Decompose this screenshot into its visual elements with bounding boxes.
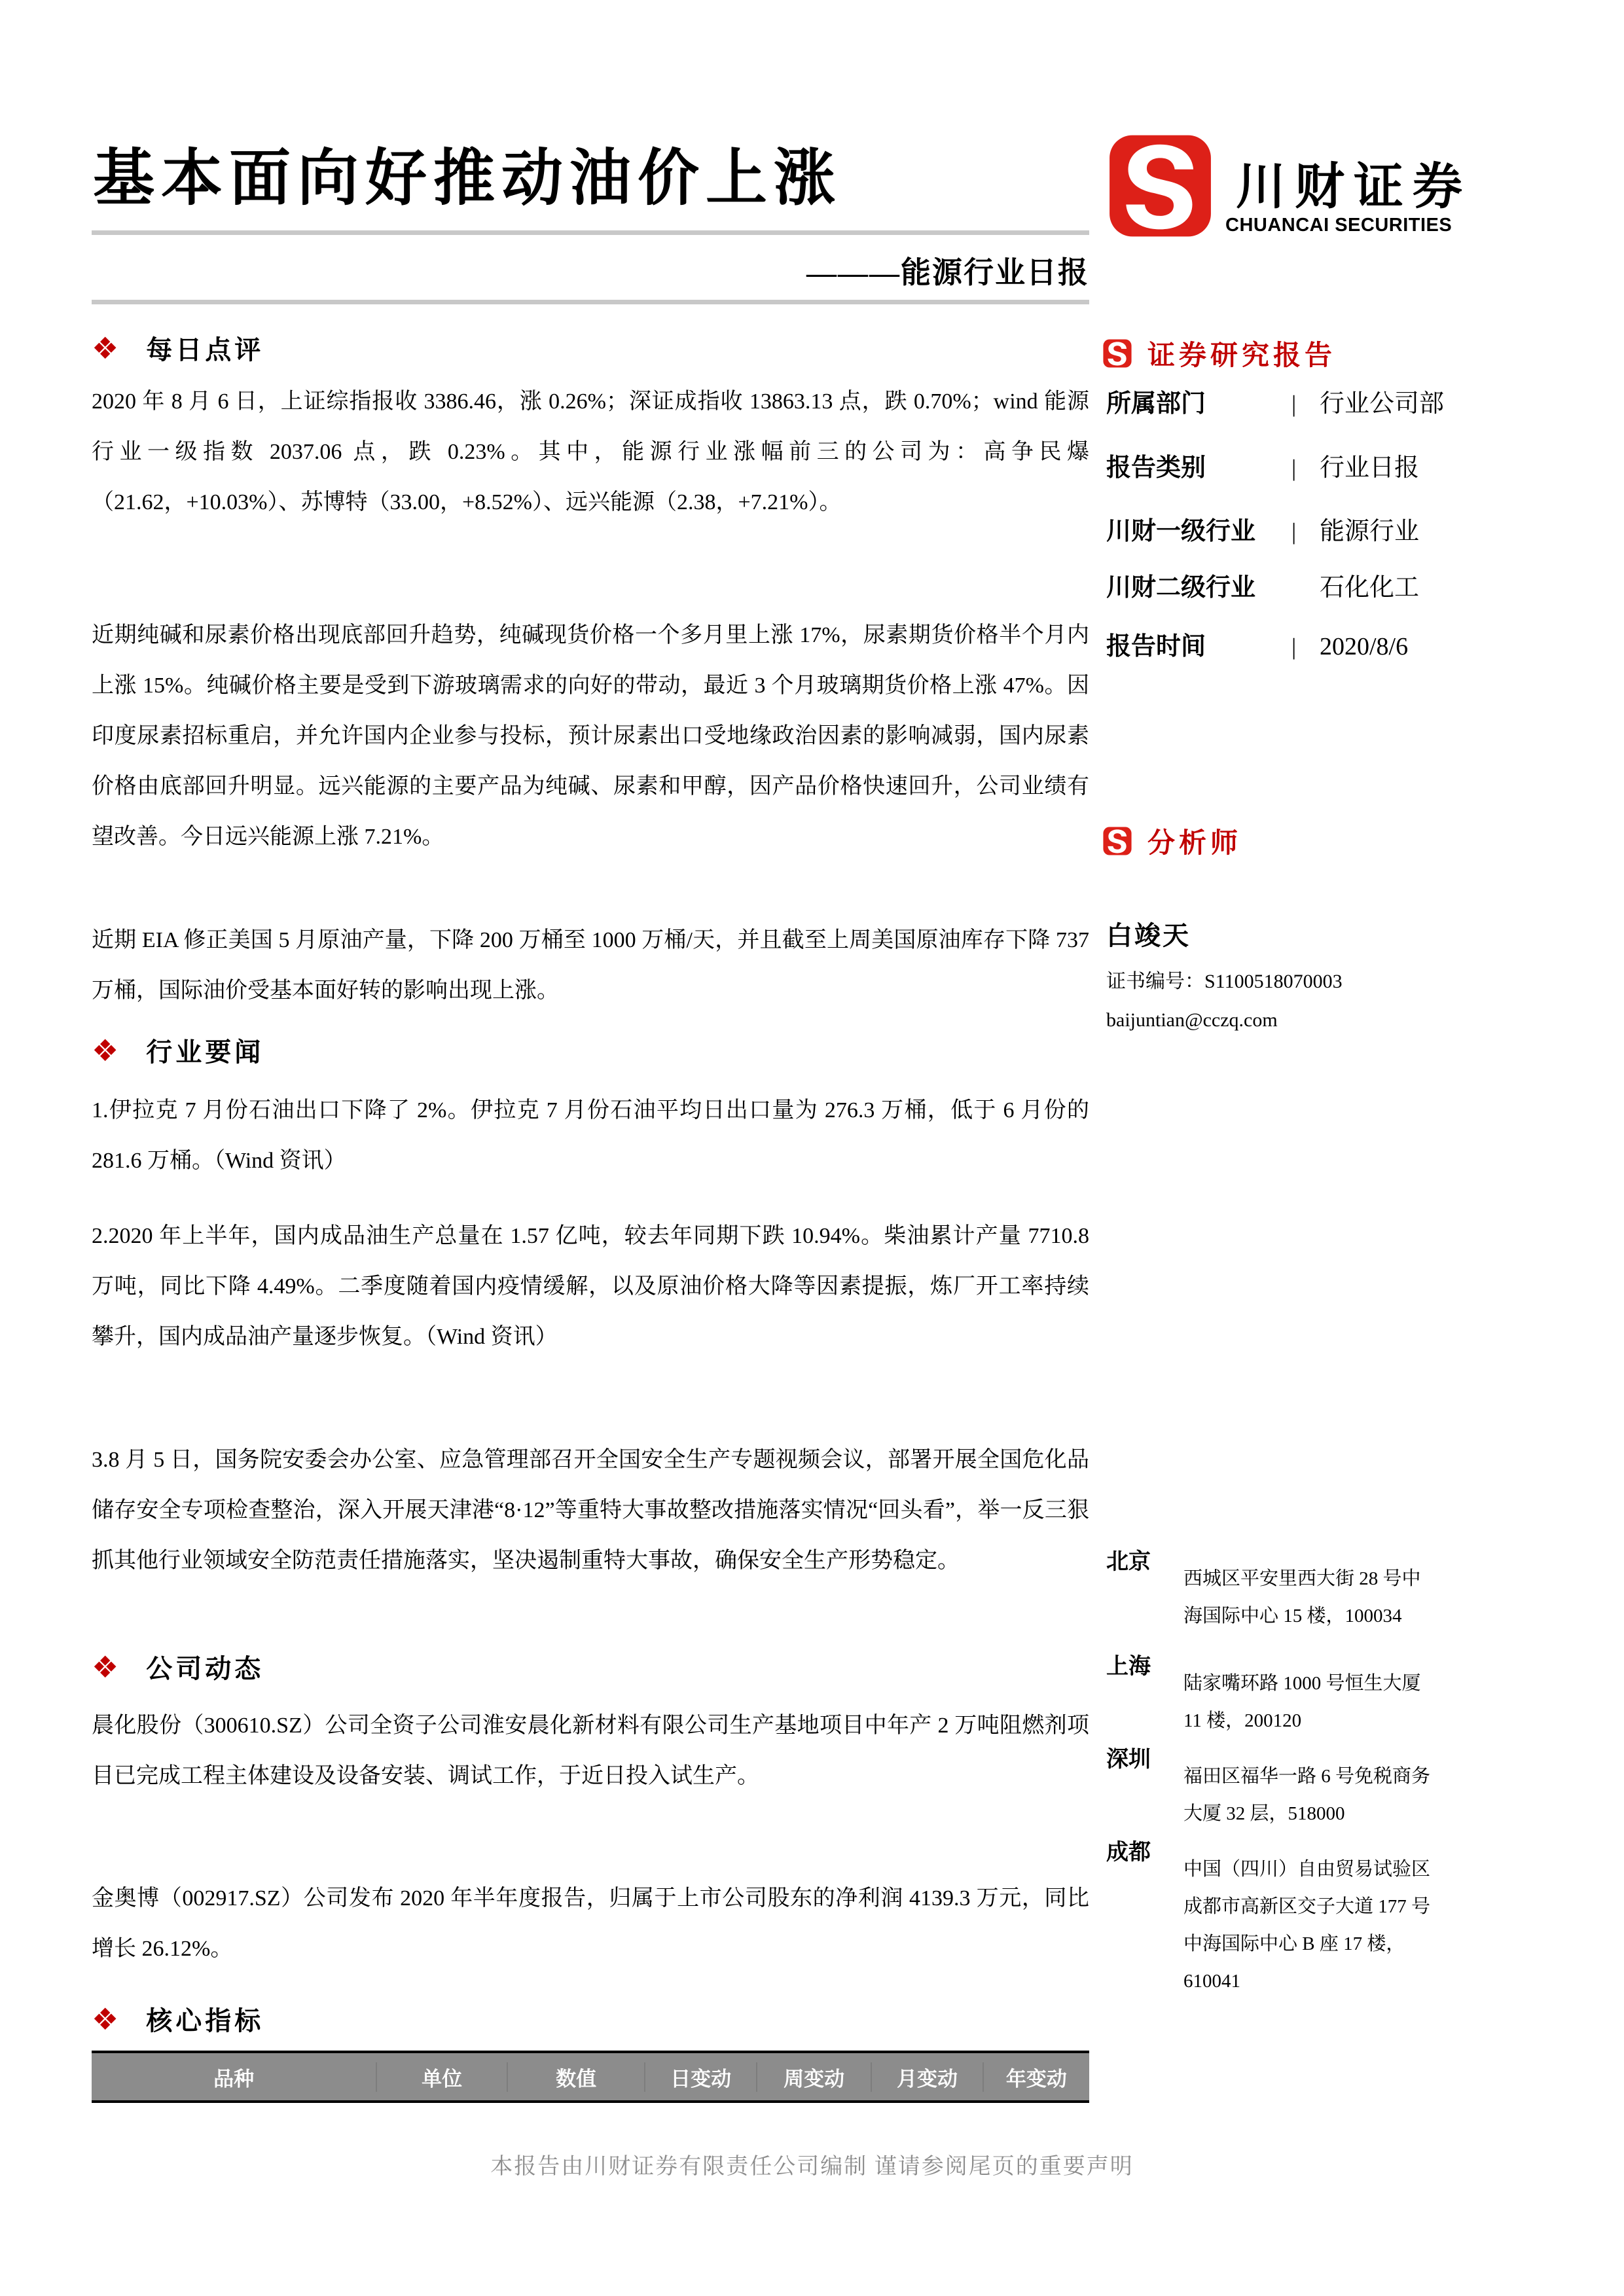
column-header-month-change: 月变动: [871, 2062, 983, 2092]
office-address: 陆家嘴环路 1000 号恒生大厦 11 楼，200120: [1183, 1665, 1517, 1740]
column-header-unit: 单位: [376, 2062, 507, 2092]
paragraph: 1.伊拉克 7 月份石油出口下降了 2%。伊拉克 7 月份石油平均日出口量为 2…: [92, 1085, 1089, 1186]
analyst-cert-number: 证书编号：S1100518070003: [1106, 965, 1343, 994]
divider-top: [92, 230, 1089, 235]
meta-label: 川财一级行业: [1106, 511, 1291, 547]
meta-value: 石化化工: [1320, 567, 1419, 603]
office-address: 西城区平安里西大街 28 号中 海国际中心 15 楼，100034: [1183, 1560, 1517, 1635]
section-heading-label: 核心指标: [146, 2000, 264, 2037]
meta-separator: |: [1291, 390, 1320, 418]
logo-mark-icon: [1103, 338, 1132, 369]
paragraph: 3.8 月 5 日，国务院安委会办公室、应急管理部召开全国安全生产专题视频会议，…: [92, 1435, 1089, 1586]
meta-row-industry-l2: 川财二级行业 石化化工: [1106, 567, 1604, 603]
office-chengdu: 成都 中国（四川）自由贸易试验区 成都市高新区交子大道 177 号 中海国际中心…: [1106, 1834, 1517, 2000]
meta-label: 报告类别: [1106, 447, 1291, 483]
column-header-variety: 品种: [92, 2062, 376, 2092]
meta-value: 行业公司部: [1320, 383, 1444, 419]
office-address-line: 中海国际中心 B 座 17 楼，: [1183, 1933, 1405, 1954]
office-city: 上海: [1106, 1648, 1183, 1740]
meta-separator: |: [1291, 454, 1320, 482]
analyst-email: baijuntian@cczq.com: [1106, 1009, 1278, 1031]
page-title: 基本面向好推动油价上涨: [93, 128, 842, 217]
brand-name: 川财证券: [1236, 147, 1471, 218]
column-header-day-change: 日变动: [644, 2062, 756, 2092]
section-heading-company: ❖ 公司动态: [92, 1648, 264, 1685]
column-header-year-change: 年变动: [983, 2062, 1089, 2092]
section-heading-label: 公司动态: [146, 1648, 264, 1685]
section-heading-label: 行业要闻: [146, 1031, 264, 1069]
office-address-line: 福田区福华一路 6 号免税商务: [1183, 1766, 1430, 1787]
meta-row-department: 所属部门 | 行业公司部: [1106, 383, 1604, 419]
office-address-line: 大厦 32 层，518000: [1183, 1803, 1345, 1824]
office-address-line: 西城区平安里西大街 28 号中: [1183, 1568, 1421, 1589]
office-address-line: 海国际中心 15 楼，100034: [1183, 1605, 1402, 1626]
brand-logo-icon: [1106, 134, 1214, 238]
meta-value: 2020/8/6: [1320, 632, 1408, 661]
meta-value: 行业日报: [1320, 447, 1419, 483]
meta-row-report-date: 报告时间 | 2020/8/6: [1106, 626, 1604, 662]
office-address-line: 陆家嘴环路 1000 号恒生大厦: [1183, 1673, 1421, 1694]
brand-name-en: CHUANCAI SECURITIES: [1225, 215, 1452, 236]
section-heading-industry: ❖ 行业要闻: [92, 1031, 264, 1069]
office-address-line: 610041: [1183, 1971, 1240, 1992]
research-report-badge: 证券研究报告: [1103, 334, 1336, 373]
office-beijing: 北京 西城区平安里西大街 28 号中 海国际中心 15 楼，100034: [1106, 1543, 1517, 1635]
report-page: 基本面向好推动油价上涨 ———能源行业日报 川财证券 CHUANCAI SECU…: [0, 0, 1624, 2296]
indicators-table: 品种 单位 数值 日变动 周变动 月变动 年变动: [92, 2051, 1089, 2103]
meta-label: 所属部门: [1106, 383, 1291, 419]
table-header-row: 品种 单位 数值 日变动 周变动 月变动 年变动: [92, 2051, 1089, 2103]
meta-row-industry-l1: 川财一级行业 | 能源行业: [1106, 511, 1604, 547]
office-address: 福田区福华一路 6 号免税商务 大厦 32 层，518000: [1183, 1758, 1517, 1833]
paragraph: 金奥博（002917.SZ）公司发布 2020 年半年度报告，归属于上市公司股东…: [92, 1873, 1089, 1974]
analyst-badge: 分析师: [1103, 821, 1242, 861]
paragraph: 晨化股份（300610.SZ）公司全资子公司淮安晨化新材料有限公司生产基地项目中…: [92, 1700, 1089, 1801]
diamond-bullet-icon: ❖: [92, 1652, 118, 1682]
meta-separator: |: [1291, 518, 1320, 545]
section-heading-daily: ❖ 每日点评: [92, 329, 264, 367]
paragraph: 近期纯碱和尿素价格出现底部回升趋势，纯碱现货价格一个多月里上涨 17%，尿素期货…: [92, 610, 1089, 862]
analyst-badge-label: 分析师: [1147, 821, 1242, 861]
report-subtitle: ———能源行业日报: [92, 249, 1089, 292]
office-address-line: 成都市高新区交子大道 177 号: [1183, 1896, 1430, 1917]
section-heading-label: 每日点评: [146, 329, 264, 367]
office-address-line: 中国（四川）自由贸易试验区: [1183, 1859, 1430, 1880]
logo-mark-icon: [1103, 825, 1132, 857]
analyst-name: 白竣天: [1106, 915, 1191, 952]
diamond-bullet-icon: ❖: [92, 2004, 118, 2034]
research-report-badge-label: 证券研究报告: [1147, 334, 1336, 373]
diamond-bullet-icon: ❖: [92, 333, 118, 363]
diamond-bullet-icon: ❖: [92, 1035, 118, 1066]
office-address-line: 11 楼，200120: [1183, 1710, 1301, 1731]
column-header-week-change: 周变动: [756, 2062, 871, 2092]
divider-bottom: [92, 300, 1089, 304]
column-header-value: 数值: [507, 2062, 644, 2092]
footer-disclaimer: 本报告由川财证券有限责任公司编制 谨请参阅尾页的重要声明: [0, 2148, 1624, 2180]
office-city: 成都: [1106, 1834, 1183, 2000]
office-address: 中国（四川）自由贸易试验区 成都市高新区交子大道 177 号 中海国际中心 B …: [1183, 1851, 1517, 2000]
office-shenzhen: 深圳 福田区福华一路 6 号免税商务 大厦 32 层，518000: [1106, 1741, 1517, 1833]
section-heading-indicators: ❖ 核心指标: [92, 2000, 264, 2037]
meta-label: 报告时间: [1106, 626, 1291, 662]
office-shanghai: 上海 陆家嘴环路 1000 号恒生大厦 11 楼，200120: [1106, 1648, 1517, 1740]
paragraph: 2020 年 8 月 6 日，上证综指报收 3386.46，涨 0.26%；深证…: [92, 376, 1089, 528]
meta-value: 能源行业: [1320, 511, 1419, 547]
meta-row-report-type: 报告类别 | 行业日报: [1106, 447, 1604, 483]
meta-label: 川财二级行业: [1106, 567, 1291, 603]
meta-separator: |: [1291, 633, 1320, 660]
office-city: 北京: [1106, 1543, 1183, 1635]
paragraph: 2.2020 年上半年，国内成品油生产总量在 1.57 亿吨，较去年同期下跌 1…: [92, 1211, 1089, 1362]
office-city: 深圳: [1106, 1741, 1183, 1833]
paragraph: 近期 EIA 修正美国 5 月原油产量，下降 200 万桶至 1000 万桶/天…: [92, 915, 1089, 1016]
